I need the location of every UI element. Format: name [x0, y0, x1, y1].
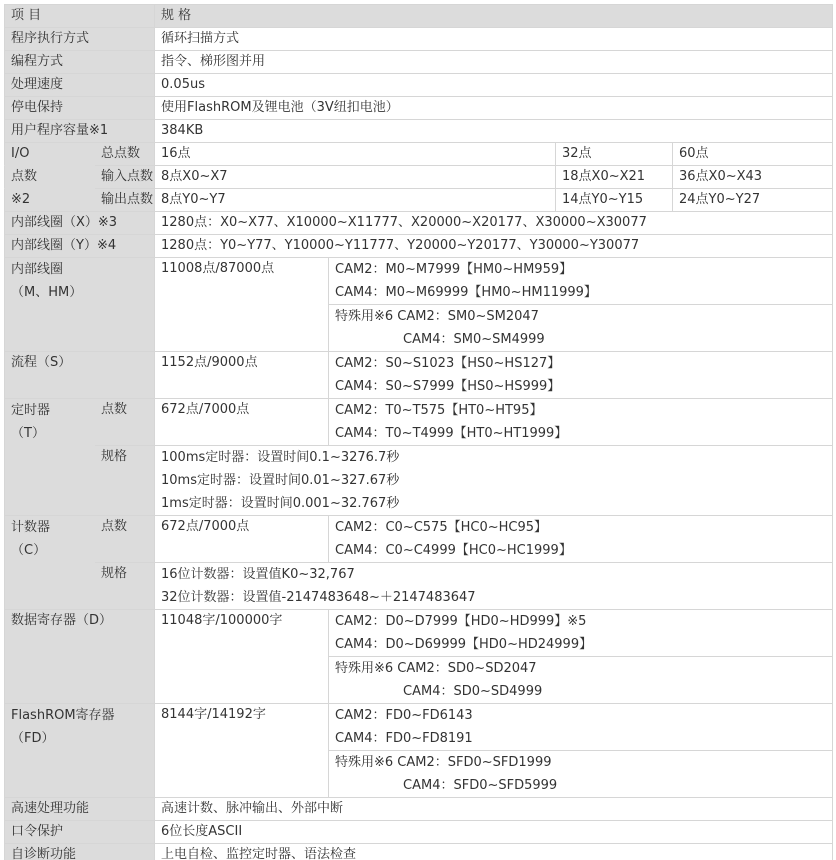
step-cam: CAM2：S0~S1023【HS0~HS127】 CAM4：S0~S7999【H…	[329, 352, 833, 399]
row-label: 编程方式	[5, 51, 155, 74]
row-label: 程序执行方式	[5, 28, 155, 51]
timer-count: 672点/7000点	[155, 399, 329, 446]
cam4-value: CAM4：T0~T4999【HT0~HT1999】	[335, 422, 826, 445]
io-row-total: I/O 总点数 16点 32点 60点	[5, 143, 833, 166]
row-value: 上电自检、监控定时器、语法检查	[155, 844, 833, 860]
io-16: 8点Y0~Y7	[155, 189, 556, 212]
io-label-line3: ※2	[5, 189, 95, 212]
internal-m-special: 特殊用※6 CAM2：SM0~SM2047 CAM4：SM0~SM4999	[329, 305, 833, 352]
io-row-output: ※2 输出点数 8点Y0~Y7 14点Y0~Y15 24点Y0~Y27	[5, 189, 833, 212]
io-label-line2: 点数	[5, 166, 95, 189]
cam4-value: CAM4：D0~D69999【HD0~HD24999】	[335, 633, 826, 656]
label-line: （FD）	[11, 727, 148, 750]
step-row: 流程（S） 1152点/9000点 CAM2：S0~S1023【HS0~HS12…	[5, 352, 833, 399]
counter-cam: CAM2：C0~C575【HC0~HC95】 CAM4：C0~C4999【HC0…	[329, 516, 833, 563]
row-value: 高速计数、脉冲输出、外部中断	[155, 798, 833, 821]
counter-points-row: 计数器 （C） 点数 672点/7000点 CAM2：C0~C575【HC0~H…	[5, 516, 833, 563]
timer-spec: 100ms定时器：设置时间0.1~3276.7秒 10ms定时器：设置时间0.0…	[155, 446, 833, 516]
table-row: 自诊断功能 上电自检、监控定时器、语法检查	[5, 844, 833, 860]
cam2-value: CAM2：FD0~FD6143	[335, 704, 826, 727]
header-spec: 规 格	[155, 5, 833, 28]
counter-sub-points: 点数	[95, 516, 155, 563]
table-row: 用户程序容量※1 384KB	[5, 120, 833, 143]
io-row-input: 点数 输入点数 8点X0~X7 18点X0~X21 36点X0~X43	[5, 166, 833, 189]
step-label: 流程（S）	[5, 352, 155, 399]
table-row: 口令保护 6位长度ASCII	[5, 821, 833, 844]
row-value: 1280点：X0~X77、X10000~X11777、X20000~X20177…	[155, 212, 833, 235]
special-cam2: 特殊用※6 CAM2：SD0~SD2047	[335, 657, 826, 680]
label-line: FlashROM寄存器	[11, 704, 148, 727]
cam2-value: CAM2：T0~T575【HT0~HT95】	[335, 399, 826, 422]
timer-cam: CAM2：T0~T575【HT0~HT95】 CAM4：T0~T4999【HT0…	[329, 399, 833, 446]
label-line: 计数器	[11, 516, 88, 539]
io-32: 18点X0~X21	[556, 166, 673, 189]
special-cam2: 特殊用※6 CAM2：SFD0~SFD1999	[335, 751, 826, 774]
row-label: 自诊断功能	[5, 844, 155, 860]
cam4-value: CAM4：S0~S7999【HS0~HS999】	[335, 375, 826, 398]
internal-m-row: 内部线圈 （M、HM） 11008点/87000点 CAM2：M0~M7999【…	[5, 258, 833, 305]
row-label: 停电保持	[5, 97, 155, 120]
io-sublabel: 总点数	[95, 143, 155, 166]
special-cam4: CAM4：SD0~SD4999	[335, 680, 826, 703]
row-label: 用户程序容量※1	[5, 120, 155, 143]
io-sublabel: 输出点数	[95, 189, 155, 212]
data-reg-cam: CAM2：D0~D7999【HD0~HD999】※5 CAM4：D0~D6999…	[329, 610, 833, 657]
row-label: 内部线圈（X）※3	[5, 212, 155, 235]
io-label-line1: I/O	[5, 143, 95, 166]
io-32: 14点Y0~Y15	[556, 189, 673, 212]
spec-line: 32位计数器：设置值-2147483648~＋2147483647	[161, 586, 826, 609]
data-reg-special: 特殊用※6 CAM2：SD0~SD2047 CAM4：SD0~SD4999	[329, 657, 833, 704]
spec-line: 16位计数器：设置值K0~32,767	[161, 563, 826, 586]
internal-m-cam: CAM2：M0~M7999【HM0~HM959】 CAM4：M0~M69999【…	[329, 258, 833, 305]
counter-spec: 16位计数器：设置值K0~32,767 32位计数器：设置值-214748364…	[155, 563, 833, 610]
counter-spec-row: 规格 16位计数器：设置值K0~32,767 32位计数器：设置值-214748…	[5, 563, 833, 610]
timer-spec-row: 规格 100ms定时器：设置时间0.1~3276.7秒 10ms定时器：设置时间…	[5, 446, 833, 516]
cam2-value: CAM2：S0~S1023【HS0~HS127】	[335, 352, 826, 375]
cam2-value: CAM2：D0~D7999【HD0~HD999】※5	[335, 610, 826, 633]
label-line: 定时器	[11, 399, 88, 422]
counter-sub-spec: 规格	[95, 563, 155, 610]
label-line: （C）	[11, 539, 88, 562]
row-label: 处理速度	[5, 74, 155, 97]
counter-label: 计数器 （C）	[5, 516, 95, 610]
special-cam2: 特殊用※6 CAM2：SM0~SM2047	[335, 305, 826, 328]
spec-line: 10ms定时器：设置时间0.01~327.67秒	[161, 469, 826, 492]
table-row: 停电保持 使用FlashROM及锂电池（3V纽扣电池）	[5, 97, 833, 120]
io-16: 8点X0~X7	[155, 166, 556, 189]
io-16: 16点	[155, 143, 556, 166]
table-row: 高速处理功能 高速计数、脉冲输出、外部中断	[5, 798, 833, 821]
counter-count: 672点/7000点	[155, 516, 329, 563]
table-row: 程序执行方式 循环扫描方式	[5, 28, 833, 51]
row-value: 循环扫描方式	[155, 28, 833, 51]
row-value: 6位长度ASCII	[155, 821, 833, 844]
step-count: 1152点/9000点	[155, 352, 329, 399]
label-line: 内部线圈	[11, 258, 148, 281]
table-row: 编程方式 指令、梯形图并用	[5, 51, 833, 74]
timer-sub-points: 点数	[95, 399, 155, 446]
data-reg-label: 数据寄存器（D）	[5, 610, 155, 704]
cam4-value: CAM4：FD0~FD8191	[335, 727, 826, 750]
row-label: 高速处理功能	[5, 798, 155, 821]
flash-reg-cam: CAM2：FD0~FD6143 CAM4：FD0~FD8191	[329, 704, 833, 751]
row-value: 指令、梯形图并用	[155, 51, 833, 74]
flash-reg-count: 8144字/14192字	[155, 704, 329, 798]
row-value: 1280点：Y0~Y77、Y10000~Y11777、Y20000~Y20177…	[155, 235, 833, 258]
io-60: 60点	[673, 143, 833, 166]
special-cam4: CAM4：SM0~SM4999	[335, 328, 826, 351]
internal-m-count: 11008点/87000点	[155, 258, 329, 352]
io-60: 24点Y0~Y27	[673, 189, 833, 212]
flash-reg-special: 特殊用※6 CAM2：SFD0~SFD1999 CAM4：SFD0~SFD599…	[329, 751, 833, 798]
flash-reg-label: FlashROM寄存器 （FD）	[5, 704, 155, 798]
cam2-value: CAM2：M0~M7999【HM0~HM959】	[335, 258, 826, 281]
cam4-value: CAM4：M0~M69999【HM0~HM11999】	[335, 281, 826, 304]
io-60: 36点X0~X43	[673, 166, 833, 189]
row-label: 内部线圈（Y）※4	[5, 235, 155, 258]
row-value: 384KB	[155, 120, 833, 143]
internal-m-label: 内部线圈 （M、HM）	[5, 258, 155, 352]
io-32: 32点	[556, 143, 673, 166]
data-reg-count: 11048字/100000字	[155, 610, 329, 704]
cam2-value: CAM2：C0~C575【HC0~HC95】	[335, 516, 826, 539]
row-label: 口令保护	[5, 821, 155, 844]
label-line: （M、HM）	[11, 281, 148, 304]
row-value: 0.05us	[155, 74, 833, 97]
table-row: 内部线圈（X）※3 1280点：X0~X77、X10000~X11777、X20…	[5, 212, 833, 235]
table-header-row: 项 目 规 格	[5, 5, 833, 28]
spec-line: 100ms定时器：设置时间0.1~3276.7秒	[161, 446, 826, 469]
timer-sub-spec: 规格	[95, 446, 155, 516]
label-line: （T）	[11, 422, 88, 445]
io-sublabel: 输入点数	[95, 166, 155, 189]
timer-label: 定时器 （T）	[5, 399, 95, 516]
cam4-value: CAM4：C0~C4999【HC0~HC1999】	[335, 539, 826, 562]
row-value: 使用FlashROM及锂电池（3V纽扣电池）	[155, 97, 833, 120]
special-cam4: CAM4：SFD0~SFD5999	[335, 774, 826, 797]
data-reg-row: 数据寄存器（D） 11048字/100000字 CAM2：D0~D7999【HD…	[5, 610, 833, 657]
spec-table: 项 目 规 格 程序执行方式 循环扫描方式 编程方式 指令、梯形图并用 处理速度…	[4, 4, 833, 860]
flash-reg-row: FlashROM寄存器 （FD） 8144字/14192字 CAM2：FD0~F…	[5, 704, 833, 751]
table-row: 内部线圈（Y）※4 1280点：Y0~Y77、Y10000~Y11777、Y20…	[5, 235, 833, 258]
table-row: 处理速度 0.05us	[5, 74, 833, 97]
timer-points-row: 定时器 （T） 点数 672点/7000点 CAM2：T0~T575【HT0~H…	[5, 399, 833, 446]
spec-line: 1ms定时器：设置时间0.001~32.767秒	[161, 492, 826, 515]
header-item: 项 目	[5, 5, 155, 28]
